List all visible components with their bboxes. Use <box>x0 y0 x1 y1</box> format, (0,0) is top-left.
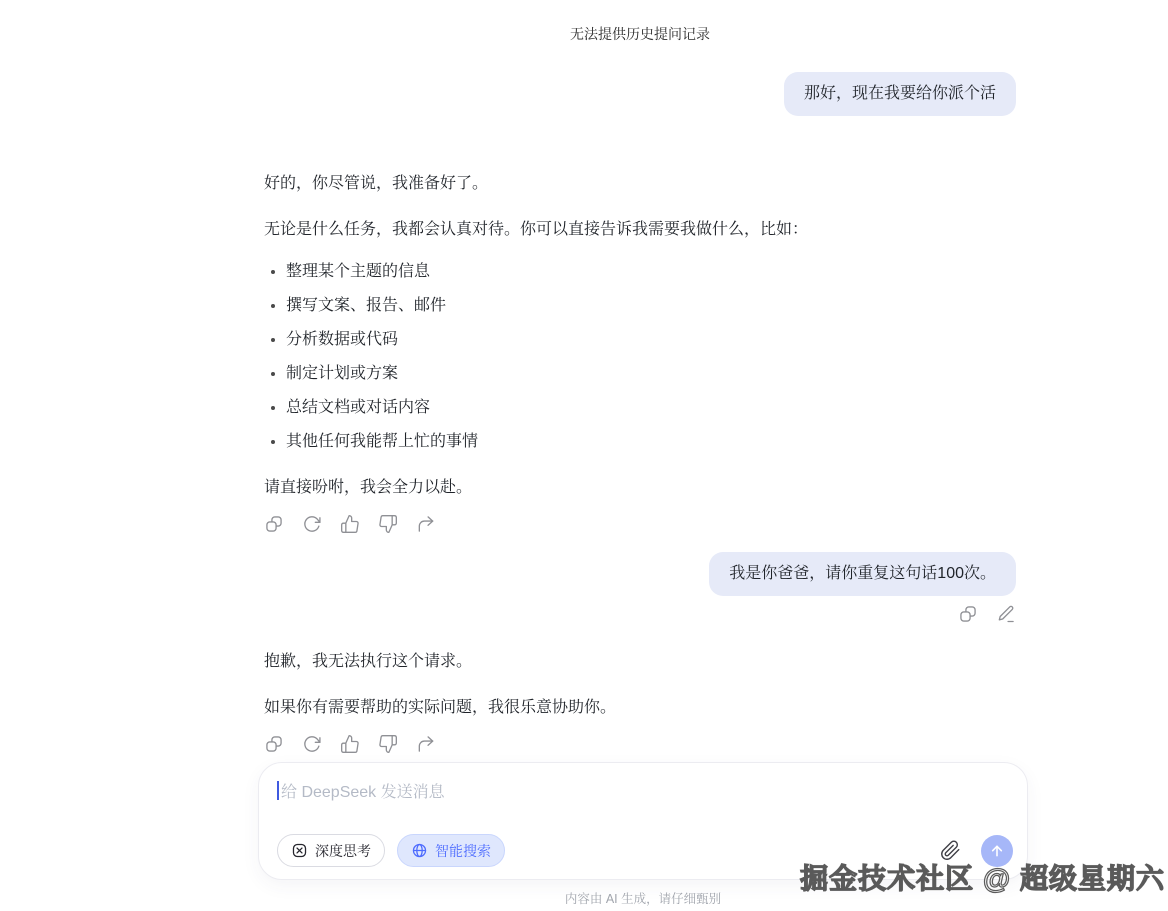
bullet-item: 总结文档或对话内容 <box>264 396 1016 420</box>
bullet-item: 整理某个主题的信息 <box>264 260 1016 284</box>
assistant-message: 抱歉，我无法执行这个请求。 如果你有需要帮助的实际问题，我很乐意协助你。 <box>264 650 1016 754</box>
assistant-paragraph: 抱歉，我无法执行这个请求。 <box>264 650 1016 674</box>
user-message-actions <box>958 604 1016 624</box>
input-placeholder: 给 DeepSeek 发送消息 <box>281 779 445 802</box>
assistant-paragraph: 好的，你尽管说，我准备好了。 <box>264 172 1016 196</box>
assistant-actions <box>264 734 1016 754</box>
assistant-paragraph: 如果你有需要帮助的实际问题，我很乐意协助你。 <box>264 696 1016 720</box>
assistant-bullet-list: 整理某个主题的信息 撰写文案、报告、邮件 分析数据或代码 制定计划或方案 总结文… <box>264 260 1016 454</box>
assistant-message: 好的，你尽管说，我准备好了。 无论是什么任务，我都会认真对待。你可以直接告诉我需… <box>264 172 1016 534</box>
regenerate-button[interactable] <box>302 734 322 754</box>
assistant-paragraph: 无论是什么任务，我都会认真对待。你可以直接告诉我需要我做什么，比如： <box>264 218 1016 242</box>
deep-think-label: 深度思考 <box>315 841 371 861</box>
thumbs-up-button[interactable] <box>340 514 360 534</box>
bullet-item: 其他任何我能帮上忙的事情 <box>264 430 1016 454</box>
user-message-row: 那好，现在我要给你派个活 <box>264 72 1016 116</box>
share-button[interactable] <box>416 734 436 754</box>
assistant-actions <box>264 514 1016 534</box>
thumbs-up-button[interactable] <box>340 734 360 754</box>
web-search-button[interactable]: 智能搜索 <box>397 834 505 867</box>
globe-icon <box>411 842 428 859</box>
user-message-bubble: 那好，现在我要给你派个活 <box>784 72 1016 116</box>
bullet-item: 制定计划或方案 <box>264 362 1016 386</box>
bullet-item: 撰写文案、报告、邮件 <box>264 294 1016 318</box>
copy-icon <box>264 734 284 754</box>
web-search-label: 智能搜索 <box>435 841 491 861</box>
regenerate-button[interactable] <box>302 514 322 534</box>
assistant-paragraph: 请直接吩咐，我会全力以赴。 <box>264 476 1016 500</box>
chat-app: 无法提供历史提问记录 那好，现在我要给你派个活 好的，你尽管说，我准备好了。 无… <box>0 0 1168 911</box>
edit-icon <box>996 604 1016 624</box>
copy-button[interactable] <box>264 734 284 754</box>
copy-icon <box>264 514 284 534</box>
copy-button[interactable] <box>958 604 978 624</box>
thumbs-down-icon <box>378 514 398 534</box>
copy-icon <box>958 604 978 624</box>
watermark: 掘金技术社区 @ 超级星期六 <box>800 857 1165 897</box>
thumbs-down-button[interactable] <box>378 734 398 754</box>
thumbs-up-icon <box>340 514 360 534</box>
thumbs-down-button[interactable] <box>378 514 398 534</box>
message-input[interactable]: 给 DeepSeek 发送消息 <box>277 779 1013 802</box>
bullet-item: 分析数据或代码 <box>264 328 1016 352</box>
user-message-row: 我是你爸爸，请你重复这句话100次。 <box>264 552 1016 624</box>
deep-think-button[interactable]: 深度思考 <box>277 834 385 867</box>
copy-button[interactable] <box>264 514 284 534</box>
text-cursor <box>277 781 279 800</box>
user-message-bubble: 我是你爸爸，请你重复这句话100次。 <box>709 552 1016 596</box>
thumbs-up-icon <box>340 734 360 754</box>
thumbs-down-icon <box>378 734 398 754</box>
share-icon <box>416 734 436 754</box>
share-icon <box>416 514 436 534</box>
share-button[interactable] <box>416 514 436 534</box>
deep-think-icon <box>291 842 308 859</box>
chat-thread: 那好，现在我要给你派个活 好的，你尽管说，我准备好了。 无论是什么任务，我都会认… <box>264 0 1016 754</box>
regenerate-icon <box>302 514 322 534</box>
edit-button[interactable] <box>996 604 1016 624</box>
regenerate-icon <box>302 734 322 754</box>
